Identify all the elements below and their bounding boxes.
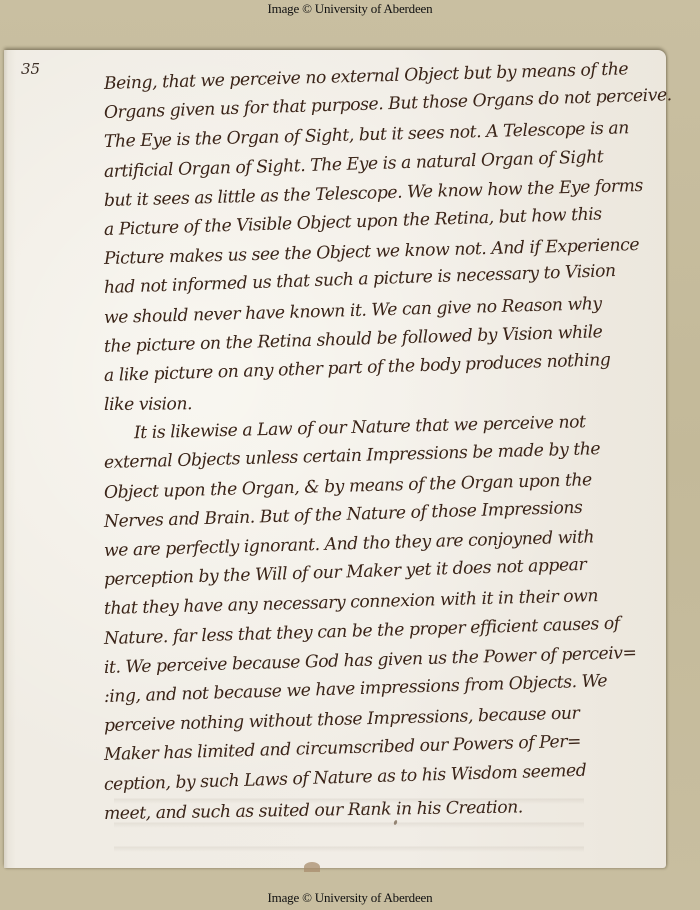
copyright-credit-bottom: Image © University of Aberdeen [0,890,700,906]
copyright-credit-top: Image © University of Aberdeen [0,1,700,17]
manuscript-page: 35 Being, that we perceive no external O… [4,50,666,868]
page-number: 35 [21,60,40,78]
ink-bleed-through [114,780,584,860]
paper-stain [304,862,320,872]
manuscript-text: Being, that we perceive no external Obje… [104,70,659,829]
